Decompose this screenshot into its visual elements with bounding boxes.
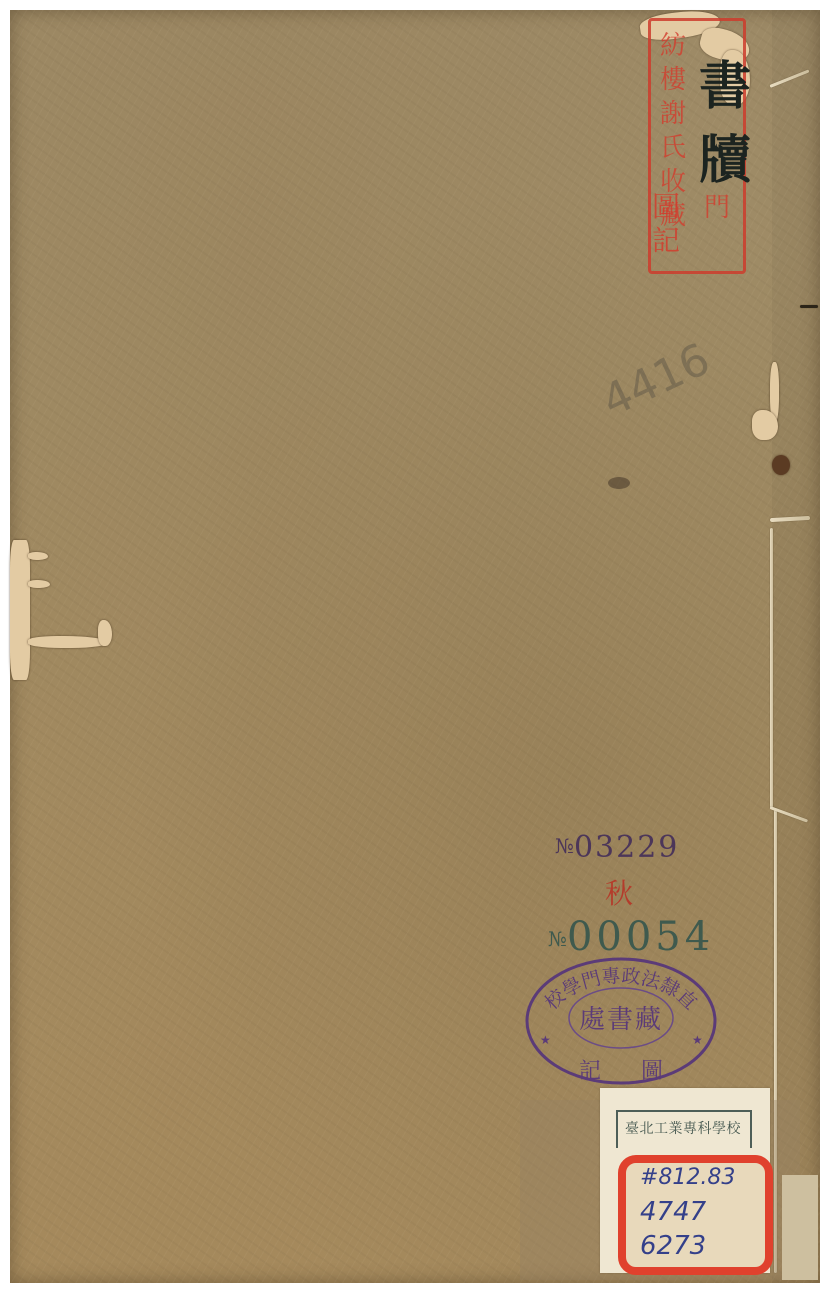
number-prefix: № <box>548 927 565 951</box>
call-number-tag: #812.83 4747 6273 <box>618 1155 773 1275</box>
binding-spine <box>772 10 820 1283</box>
seal-bottom-chars: 圖 記 <box>652 190 680 258</box>
seal-char: 氏 <box>660 131 686 165</box>
accession-number-1: №03229 <box>555 830 679 865</box>
number-value: 03229 <box>574 830 679 865</box>
book-title: 書 牘 <box>690 50 760 198</box>
title-char: 書 <box>699 50 751 124</box>
binding-thread <box>770 528 773 808</box>
library-oval-stamp: 校學門專政法隸直 處書藏 ★ ★ 記 圖 <box>524 956 718 1086</box>
number-value: 00054 <box>567 914 714 960</box>
binding-thread-knot <box>800 305 818 308</box>
torn-edge <box>28 636 108 648</box>
svg-text:★: ★ <box>692 1033 703 1047</box>
school-name: 臺北工業專科學校 <box>618 1118 748 1138</box>
seal-char: 紡 <box>660 29 686 63</box>
call-number-line: 4747 <box>640 1197 706 1227</box>
torn-area <box>752 410 778 440</box>
season-mark: 秋 <box>605 872 633 912</box>
paper-patch <box>782 1175 818 1280</box>
number-prefix: № <box>555 834 572 858</box>
stamp-graphic: 校學門專政法隸直 處書藏 ★ ★ 記 圖 <box>524 956 718 1086</box>
torn-edge <box>28 552 48 560</box>
torn-edge <box>10 540 30 680</box>
svg-text:★: ★ <box>540 1033 551 1047</box>
seal-char: 記 <box>652 224 680 258</box>
seal-char: 樓 <box>660 63 686 97</box>
call-number-line: #812.83 <box>640 1165 735 1190</box>
svg-text:處書藏: 處書藏 <box>579 1005 663 1035</box>
svg-text:記: 記 <box>579 1059 601 1084</box>
call-number-line: 6273 <box>640 1231 706 1261</box>
svg-text:圖: 圖 <box>641 1059 663 1084</box>
title-char: 牘 <box>699 124 751 198</box>
accession-number-2: №00054 <box>548 914 714 960</box>
seal-char: 圖 <box>652 190 680 224</box>
stain <box>608 477 630 489</box>
torn-edge <box>98 620 112 646</box>
wormhole <box>772 455 790 475</box>
torn-edge <box>28 580 50 588</box>
seal-char: 謝 <box>660 97 686 131</box>
